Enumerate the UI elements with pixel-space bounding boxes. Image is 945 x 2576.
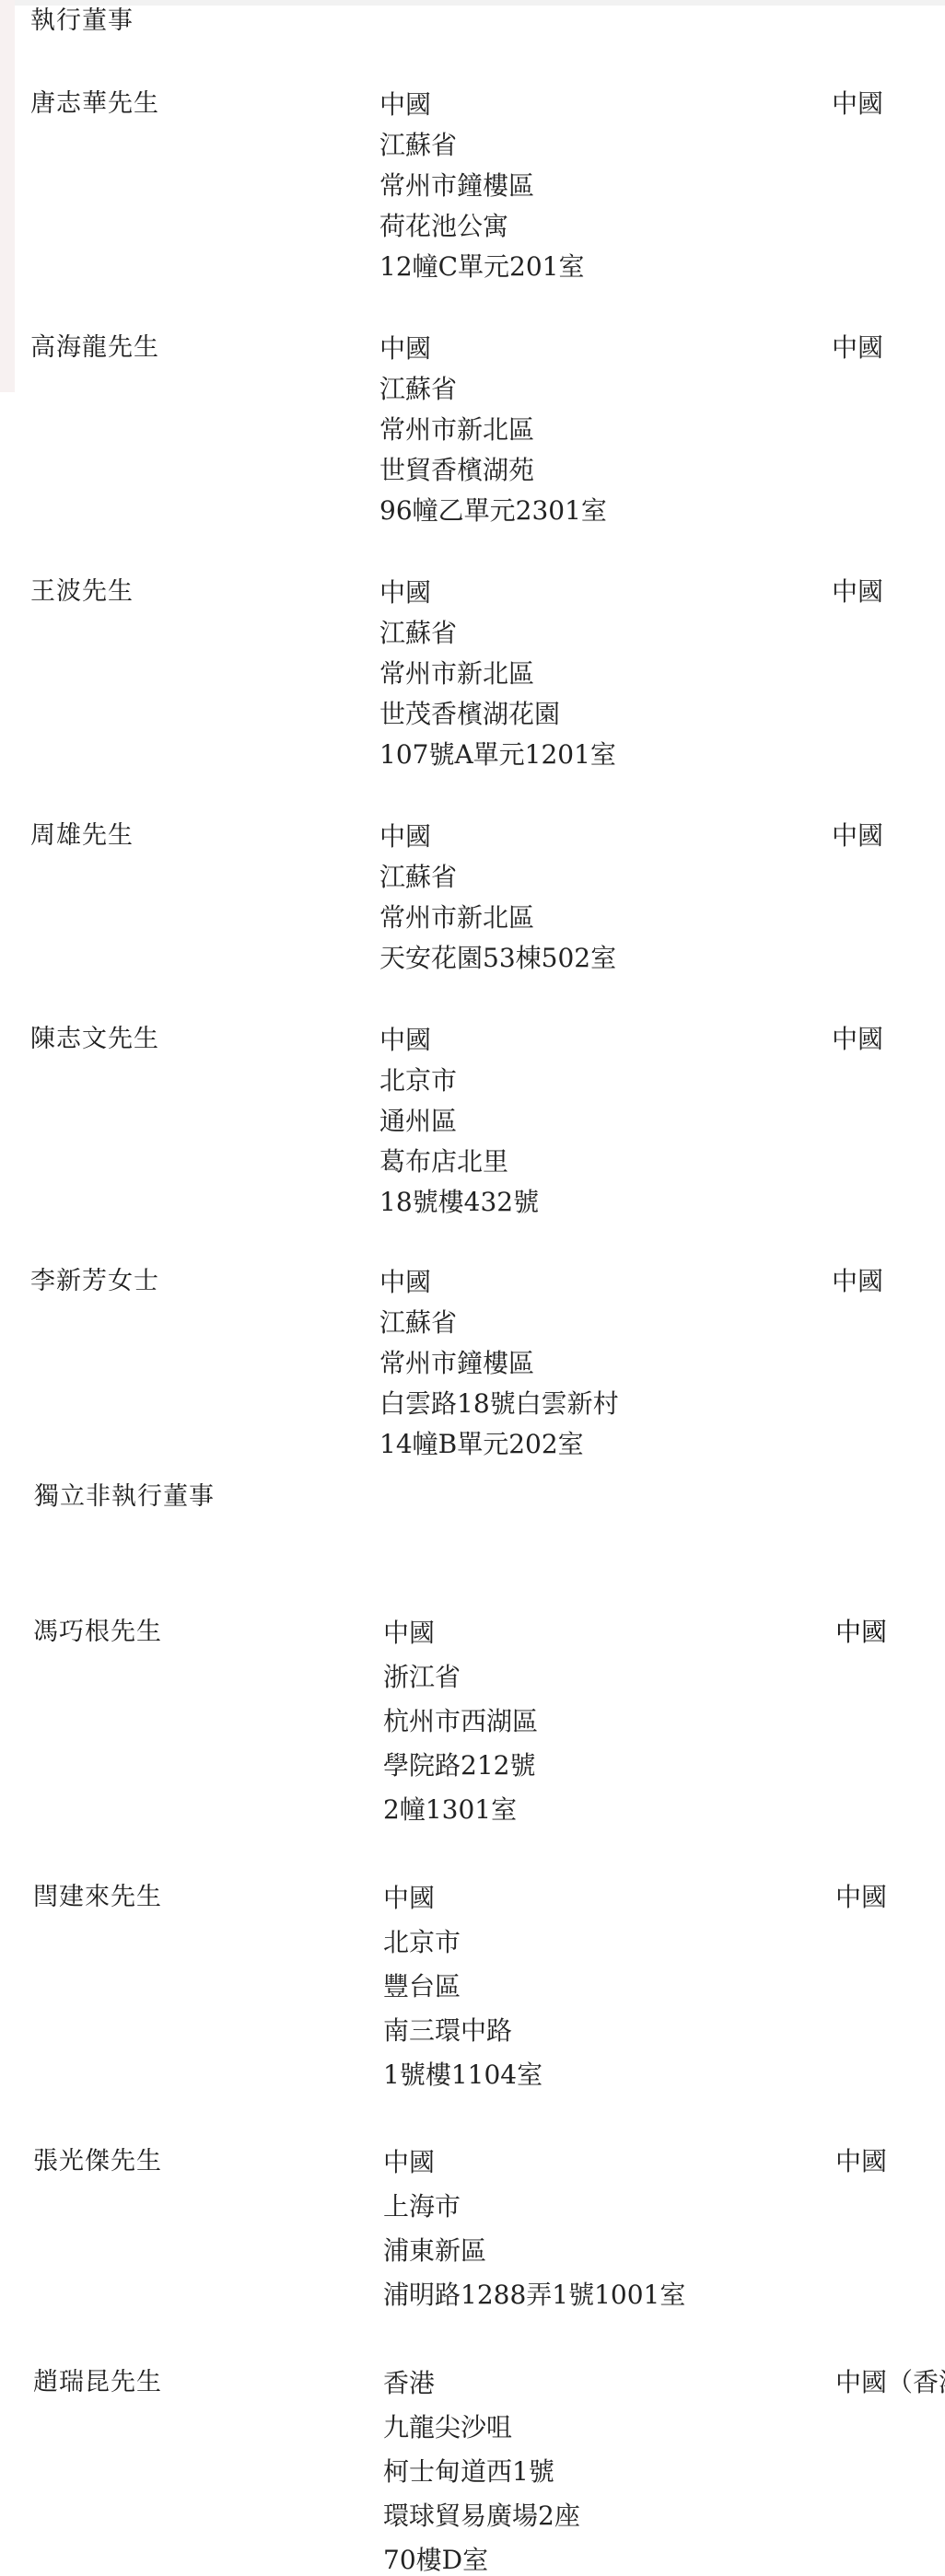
address-line: 1號樓1104室: [383, 2053, 542, 2097]
section-heading-independent-directors: 獨立非執行董事: [34, 1481, 215, 1513]
address-line: 江蘇省: [379, 1303, 619, 1343]
address-line: 江蘇省: [379, 125, 585, 166]
address-line: 中國: [379, 817, 616, 857]
director-name: 高海龍先生: [30, 332, 159, 364]
address-line: 杭州市西湖區: [383, 1700, 538, 1744]
address-line: 通州區: [379, 1101, 539, 1142]
address-line: 常州市新北區: [379, 654, 616, 694]
address-line: 柯士甸道西1號: [383, 2450, 580, 2494]
director-name: 唐志華先生: [30, 88, 159, 120]
address-line: 豐台區: [383, 1965, 542, 2009]
address-line: 14幢B單元202室: [379, 1424, 619, 1465]
director-name: 馮巧根先生: [33, 1617, 162, 1648]
director-nationality: 中國: [832, 576, 883, 608]
address-line: 中國: [379, 329, 607, 369]
address-line: 中國: [379, 1262, 619, 1303]
address-line: 中國: [383, 1611, 538, 1655]
address-line: 世茂香檳湖花園: [379, 694, 616, 735]
director-address: 中國 江蘇省 常州市新北區 世貿香檳湖苑 96幢乙單元2301室: [379, 329, 607, 531]
left-edge-strip: [0, 0, 15, 392]
address-line: 常州市新北區: [379, 410, 607, 450]
director-nationality: 中國（香港）: [835, 2367, 945, 2398]
address-line: 70樓D室: [383, 2538, 580, 2576]
director-name: 李新芳女士: [30, 1266, 159, 1297]
director-nationality: 中國: [832, 1024, 883, 1055]
address-line: 江蘇省: [379, 369, 607, 410]
director-name: 趙瑞昆先生: [33, 2367, 162, 2398]
address-line: 學院路212號: [383, 1744, 538, 1788]
director-address: 中國 江蘇省 常州市鐘樓區 白雲路18號白雲新村 14幢B單元202室: [379, 1262, 619, 1465]
address-line: 浦東新區: [383, 2229, 685, 2273]
address-line: 常州市鐘樓區: [379, 1343, 619, 1384]
address-line: 中國: [379, 573, 616, 613]
director-nationality: 中國: [832, 332, 883, 364]
address-line: 江蘇省: [379, 613, 616, 654]
director-name: 閆建來先生: [33, 1882, 162, 1913]
address-line: 中國: [383, 1876, 542, 1920]
address-line: 常州市新北區: [379, 898, 616, 938]
address-line: 浦明路1288弄1號1001室: [383, 2273, 685, 2317]
address-line: 107號A單元1201室: [379, 735, 616, 775]
director-nationality: 中國: [832, 1266, 883, 1297]
address-line: 環球貿易廣場2座: [383, 2494, 580, 2538]
section-heading-executive-directors: 執行董事: [30, 6, 134, 37]
director-address: 中國 江蘇省 常州市新北區 世茂香檳湖花園 107號A單元1201室: [379, 573, 616, 775]
director-address: 中國 江蘇省 常州市鐘樓區 荷花池公寓 12幢C單元201室: [379, 85, 585, 287]
director-address: 香港 九龍尖沙咀 柯士甸道西1號 環球貿易廣場2座 70樓D室: [383, 2361, 580, 2576]
address-line: 浙江省: [383, 1655, 538, 1700]
address-line: 荷花池公寓: [379, 206, 585, 247]
address-line: 天安花園53棟502室: [379, 938, 616, 979]
director-address: 中國 浙江省 杭州市西湖區 學院路212號 2幢1301室: [383, 1611, 538, 1832]
address-line: 12幢C單元201室: [379, 247, 585, 287]
address-line: 中國: [383, 2141, 685, 2185]
director-nationality: 中國: [832, 88, 883, 120]
address-line: 上海市: [383, 2185, 685, 2229]
director-address: 中國 江蘇省 常州市新北區 天安花園53棟502室: [379, 817, 616, 979]
address-line: 2幢1301室: [383, 1788, 538, 1832]
address-line: 世貿香檳湖苑: [379, 450, 607, 491]
director-nationality: 中國: [835, 1882, 887, 1913]
director-name: 張光傑先生: [33, 2146, 162, 2177]
address-line: 江蘇省: [379, 857, 616, 898]
address-line: 葛布店北里: [379, 1142, 539, 1182]
address-line: 96幢乙單元2301室: [379, 491, 607, 531]
director-nationality: 中國: [832, 820, 883, 852]
director-name: 王波先生: [30, 576, 134, 608]
address-line: 白雲路18號白雲新村: [379, 1384, 619, 1424]
address-line: 中國: [379, 85, 585, 125]
address-line: 18號樓432號: [379, 1182, 539, 1223]
director-nationality: 中國: [835, 1617, 887, 1648]
address-line: 九龍尖沙咀: [383, 2406, 580, 2450]
director-address: 中國 北京市 豐台區 南三環中路 1號樓1104室: [383, 1876, 542, 2097]
director-address: 中國 上海市 浦東新區 浦明路1288弄1號1001室: [383, 2141, 685, 2317]
director-name: 陳志文先生: [30, 1024, 159, 1055]
director-nationality: 中國: [835, 2146, 887, 2177]
director-name: 周雄先生: [30, 820, 134, 852]
address-line: 南三環中路: [383, 2009, 542, 2053]
address-line: 北京市: [379, 1061, 539, 1101]
director-address: 中國 北京市 通州區 葛布店北里 18號樓432號: [379, 1020, 539, 1223]
address-line: 常州市鐘樓區: [379, 166, 585, 206]
top-edge-strip: [0, 0, 945, 6]
address-line: 香港: [383, 2361, 580, 2406]
address-line: 中國: [379, 1020, 539, 1061]
address-line: 北京市: [383, 1920, 542, 1965]
